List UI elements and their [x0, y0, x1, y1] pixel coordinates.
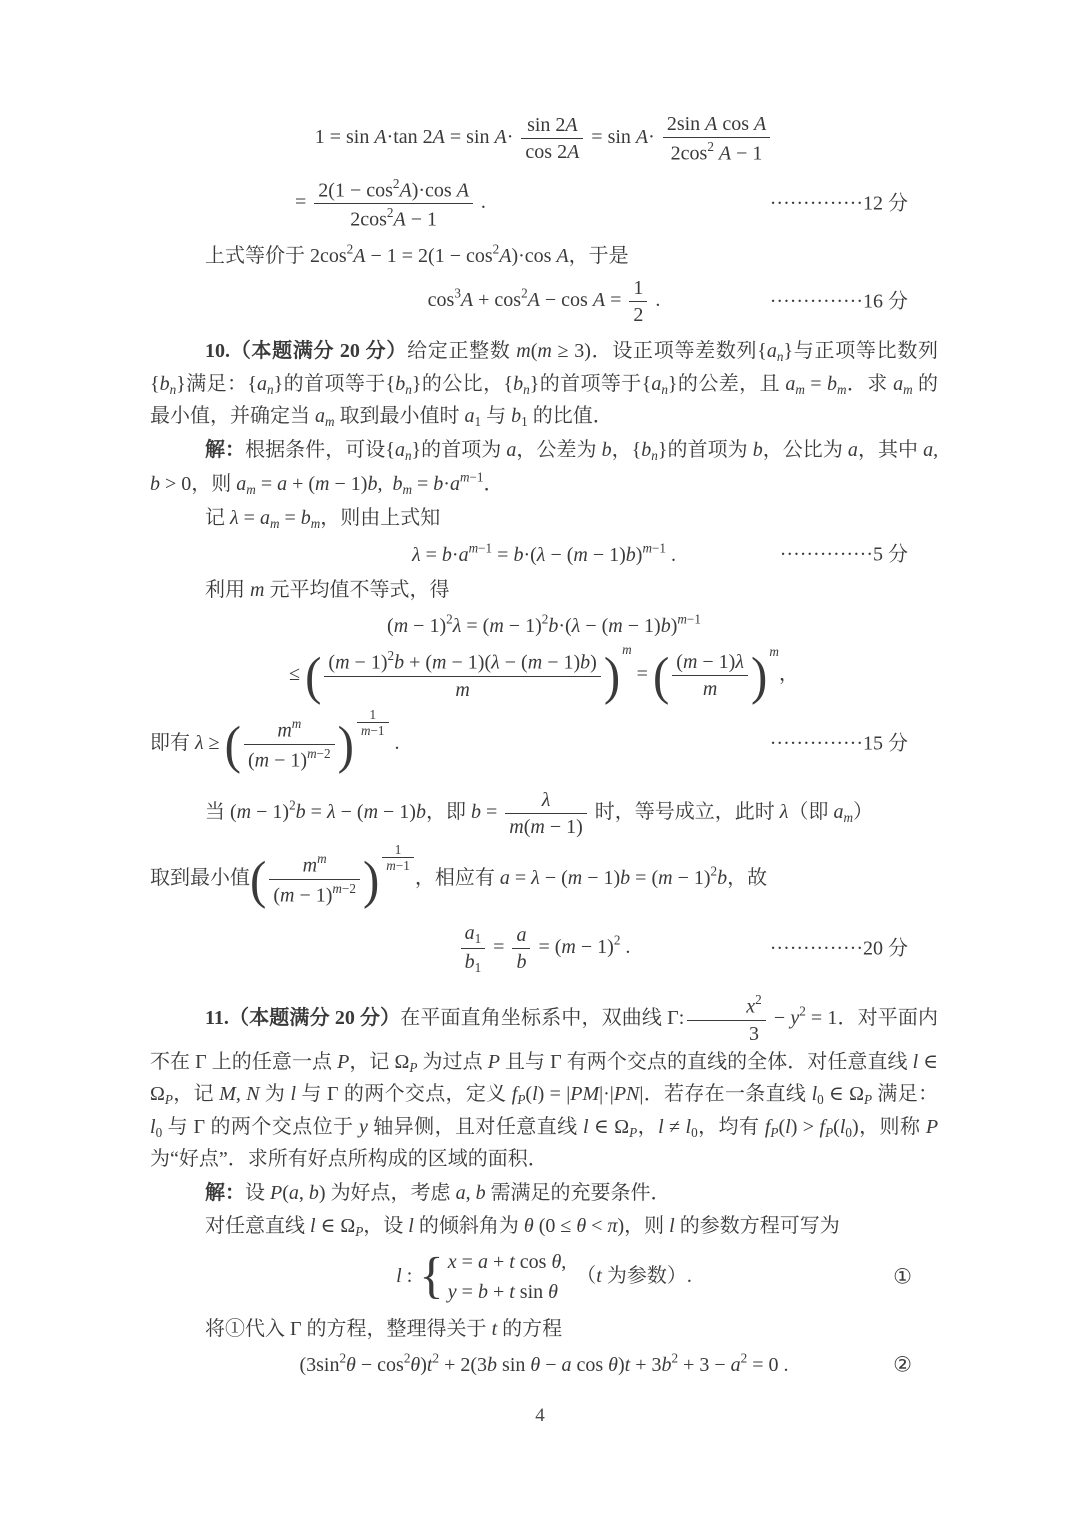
math-run: (3sin: [299, 1354, 339, 1376]
math-run: A − 1: [393, 209, 437, 231]
score-marker: ··············15 分: [770, 729, 908, 760]
solution-10-setup: 解：根据条件，可设{an}的首项为 a，公差为 b，{bn}的首项为 b，公比为…: [150, 434, 938, 500]
left-paren-icon: (: [305, 651, 321, 700]
math-run: 2: [799, 1003, 806, 1018]
denominator: m: [672, 676, 748, 701]
text-run: 的公差，且: [678, 373, 786, 395]
paren-group: (mm(m − 1)m−2)1m−1: [250, 851, 415, 907]
equation-tag: ①: [893, 1261, 912, 1294]
math-run: m: [903, 382, 913, 397]
text-run: ，则: [624, 1215, 669, 1237]
math-run: b: [465, 951, 475, 973]
paren-content: (m − 1)2b + (m − 1)(λ − (m − 1)b)m: [321, 648, 603, 702]
document-content: 1 = sin A·tan 2A = sin A· sin 2Acos 2A =…: [0, 0, 1080, 1381]
right-paren-icon: ): [363, 855, 379, 904]
text-run: 给定正整数: [407, 340, 516, 362]
text-run: ，公比为: [763, 439, 848, 461]
math-run: {a: [642, 373, 662, 395]
fraction: 1m−1: [382, 843, 414, 873]
text-run: 为: [260, 1083, 291, 1105]
math-run: a: [848, 439, 858, 461]
left-paren-icon: (: [250, 855, 266, 904]
math-run: m−1: [386, 858, 410, 873]
math-run: λ = (m − 1): [453, 615, 542, 637]
fraction: x23: [687, 992, 765, 1046]
text-run: 与正项等比数列: [793, 340, 938, 362]
math-run: }: [412, 439, 422, 461]
line-content: 解：根据条件，可设{an}的首项为 a，公差为 b，{bn}的首项为 b，公比为…: [150, 439, 943, 495]
text-run: 需满足的充要条件．: [486, 1182, 671, 1204]
subscript: m: [402, 482, 412, 497]
text-run: 的首项为: [667, 439, 752, 461]
math-run: n: [405, 449, 412, 464]
math-run: 2: [289, 798, 296, 813]
math-run: λ ≥: [195, 732, 225, 754]
page-number: 4: [0, 1405, 1080, 1427]
numerator: a: [512, 923, 530, 949]
text-run: 的方程: [497, 1318, 562, 1340]
math-run: (m − 1): [273, 884, 332, 906]
fraction: ab: [512, 923, 530, 974]
superscript: m−1: [642, 540, 666, 555]
math-run: m: [769, 644, 779, 659]
text-run: ，即: [426, 801, 471, 823]
paren-content: (m − 1)λm: [669, 650, 751, 701]
formula-lambda: λ = b·am−1 = b·(λ − (m − 1)b)m−1 .······…: [150, 538, 938, 571]
math-run: b + (m − 1)(λ − (m − 1)b): [394, 652, 597, 674]
math-run: 3: [454, 286, 461, 301]
numerator: 2(1 − cos2A)·cos A: [314, 176, 473, 205]
math-run: a: [465, 922, 475, 944]
math-run: m−1: [361, 723, 385, 738]
math-run: = 1: [806, 1007, 838, 1029]
text-run: 与 Γ 的两个交点位于: [162, 1116, 359, 1138]
formula-lambda-lower-bound: 即有 λ ≥ (mm(m − 1)m−2)1m−1 .·············…: [150, 716, 938, 772]
superscript: 2: [707, 139, 714, 154]
subscript: m: [837, 382, 847, 397]
math-run: = 0 .: [747, 1354, 788, 1376]
text-run: 的参数方程可写为: [675, 1215, 840, 1237]
text-run: ）: [853, 801, 873, 823]
text-run: 满足：: [872, 1083, 938, 1105]
text-run: 即有: [150, 732, 195, 754]
formula-sinA-tan2A: 1 = sin A·tan 2A = sin A· sin 2Acos 2A =…: [150, 112, 938, 166]
math-run: 2(1 − cos: [318, 179, 393, 201]
fraction: λm(m − 1): [505, 788, 587, 839]
math-run: }: [176, 373, 186, 395]
fraction: (m − 1)λm: [672, 650, 748, 701]
line-content: 记 λ = am = bm，则由上式知: [205, 507, 440, 529]
math-run: P(a, b): [270, 1182, 326, 1204]
fraction: 1m−1: [357, 708, 389, 738]
math-run: =: [488, 936, 509, 958]
math-run: a: [465, 405, 475, 427]
formula-cos-cubic: cos3A + cos2A − cos A = 12 .············…: [150, 276, 938, 327]
text-run: ，则由上式知: [320, 507, 440, 529]
text-run: ，均有: [698, 1116, 765, 1138]
text-run: 记: [205, 507, 230, 529]
text-run: ，故: [727, 867, 767, 889]
text-run: 对任意直线: [205, 1215, 310, 1237]
math-run: m−1: [469, 540, 493, 555]
text-run: （: [576, 1265, 596, 1287]
math-run: a: [315, 405, 325, 427]
math-run: ≤: [289, 663, 305, 685]
subscript: n: [405, 382, 412, 397]
math-run: P: [864, 1093, 872, 1108]
math-run: m−1: [677, 612, 701, 627]
math-run: m: [837, 382, 847, 397]
numerator: (m − 1)2b + (m − 1)(λ − (m − 1)b): [324, 648, 600, 677]
subscript: n: [651, 449, 658, 464]
subscript: 1: [521, 414, 528, 429]
math-run: .: [650, 289, 660, 311]
math-run: {b: [150, 373, 170, 395]
math-run: = (m − 1): [533, 936, 613, 958]
formula-equiv-step: = 2(1 − cos2A)·cos A2cos2A − 1 .········…: [150, 176, 938, 232]
math-run: λ: [542, 789, 551, 811]
line-content: 10.（本题满分 20 分）给定正整数 m(m ≥ 3)．设正项等差数列{an}…: [150, 340, 938, 427]
math-run: (m − 1): [387, 615, 446, 637]
numerator: λ: [505, 788, 587, 814]
denominator: cos 2A: [521, 139, 583, 164]
math-run: P: [488, 1051, 500, 1073]
denominator: b: [512, 949, 530, 974]
minimum-value: 取到最小值(mm(m − 1)m−2)1m−1，相应有 a = λ − (m −…: [150, 851, 938, 907]
line-content: 11.（本题满分 20 分）在平面直角坐标系中，双曲线 Γ:x23 − y2 =…: [150, 1007, 943, 1170]
line-content: 将①代入 Γ 的方程，整理得关于 t 的方程: [205, 1318, 562, 1340]
equation-tag: ②: [893, 1349, 912, 1382]
text-run: 当: [205, 801, 230, 823]
math-run: a: [516, 924, 526, 946]
text-run: 利用: [205, 579, 250, 601]
equality-condition: 当 (m − 1)2b = λ − (m − 1)b，即 b = λm(m − …: [150, 788, 938, 839]
math-run: (m − 1): [248, 749, 307, 771]
parametric-intro: 对任意直线 l ∈ ΩP，设 l 的倾斜角为 θ (0 ≤ θ < π)，则 l…: [150, 1211, 938, 1243]
subscript: n: [267, 382, 274, 397]
math-run: 2: [446, 612, 453, 627]
formula-ratio: a1b1 = ab = (m − 1)2 .··············20 分: [150, 921, 938, 976]
math-run: (l) > f: [778, 1116, 825, 1138]
numerator: sin 2A: [521, 113, 583, 139]
text-run: 取到最小值: [150, 867, 250, 889]
text-run: 的比值．: [528, 405, 613, 427]
text-run: 为好点，考虑: [326, 1182, 456, 1204]
line-content: 1 = sin A·tan 2A = sin A· sin 2Acos 2A =…: [315, 126, 774, 148]
denominator: 2cos2A − 1: [314, 204, 473, 232]
math-run: 0: [691, 1125, 698, 1140]
math-run: {a: [757, 340, 777, 362]
math-run: cos: [428, 289, 455, 311]
bold-text: 11.（本题满分 20 分）: [205, 1007, 400, 1029]
numerator: (m − 1)λ: [672, 650, 748, 676]
math-run: {b: [386, 373, 406, 395]
denominator: m(m − 1): [505, 814, 587, 839]
math-run: m: [402, 482, 412, 497]
math-run: b = λ − (m − 1)b: [296, 801, 426, 823]
math-run: x: [746, 996, 755, 1018]
subscript: m: [325, 414, 335, 429]
denominator: m−1: [357, 723, 389, 738]
paren-content: mm(m − 1)m−2: [241, 716, 338, 772]
text-run: ，记: [173, 1083, 219, 1105]
left-paren-icon: (: [653, 651, 669, 700]
math-run: 1: [475, 932, 482, 947]
cases-row: y = b + t sin θ: [448, 1279, 558, 1306]
text-run: ，则: [191, 473, 236, 495]
text-equivalent: 上式等价于 2cos2A − 1 = 2(1 − cos2A)·cos A，于是: [150, 240, 938, 273]
math-run: m: [246, 482, 256, 497]
subscript: P: [165, 1093, 173, 1108]
math-run: 1: [475, 961, 482, 976]
superscript: 2: [446, 612, 453, 627]
math-run: m: [311, 516, 321, 531]
math-run: P: [337, 1051, 349, 1073]
math-run: 2: [633, 304, 643, 326]
text-run: ，相应有: [415, 867, 500, 889]
math-run: a: [893, 373, 903, 395]
math-run: ): [852, 1116, 859, 1138]
math-run: b =: [471, 801, 502, 823]
superscript: m−1: [460, 470, 484, 485]
math-run: a: [785, 373, 795, 395]
bold-text: 解：: [205, 1182, 245, 1204]
lambda-definition: 记 λ = am = bm，则由上式知: [150, 503, 938, 535]
math-run: }: [274, 373, 284, 395]
subscript: 1: [475, 932, 482, 947]
text-run: 满足：: [186, 373, 248, 395]
line-content: 即有 λ ≥ (mm(m − 1)m−2)1m−1 .: [150, 732, 400, 754]
math-run: }: [668, 373, 678, 395]
math-run: P: [825, 1125, 833, 1140]
math-run: m: [317, 851, 327, 866]
math-run: a: [506, 439, 516, 461]
text-run: 轴异侧，且对任意直线: [368, 1116, 583, 1138]
math-run: m: [303, 855, 317, 877]
score-marker: ··············5 分: [780, 539, 908, 570]
line-content: 解：设 P(a, b) 为好点，考虑 a, b 需满足的充要条件．: [205, 1182, 671, 1204]
denominator: (m − 1)m−2: [269, 880, 360, 908]
math-run: A − 1 = 2(1 − cos: [353, 245, 492, 267]
math-run: ∈ Ω: [824, 1083, 864, 1105]
text-run: ，: [779, 663, 799, 685]
text-run: 的公比，: [421, 373, 503, 395]
fraction: sin 2Acos 2A: [521, 113, 583, 164]
math-run: m: [455, 679, 469, 701]
math-run: m(m − 1): [509, 816, 583, 838]
math-run: n: [651, 449, 658, 464]
math-run: A)·cos A: [499, 245, 568, 267]
math-run: m: [277, 720, 291, 742]
math-run: 0: [817, 1093, 824, 1108]
math-run: {a: [247, 373, 267, 395]
math-run: θ − cos: [346, 1354, 404, 1376]
paren-group: ((m − 1)2b + (m − 1)(λ − (m − 1)b)m)m: [305, 648, 632, 702]
right-paren-icon: ): [751, 651, 767, 700]
math-run: 0: [845, 1125, 852, 1140]
text-run: 为参数）.: [602, 1265, 692, 1287]
math-run: 1: [521, 414, 528, 429]
superscript: 2: [799, 1003, 806, 1018]
line-content: 当 (m − 1)2b = λ − (m − 1)b，即 b = λm(m − …: [205, 801, 873, 823]
text-run: ．若存在一条直线: [643, 1083, 811, 1105]
math-run: m: [703, 678, 717, 700]
paren-exponent: m: [622, 640, 632, 660]
fraction: a1b1: [461, 921, 486, 976]
text-run: 且与 Γ 有两个交点的直线的全体．对任意直线: [500, 1051, 913, 1073]
superscript: m−2: [307, 746, 331, 761]
quadratic-in-t: (3sin2θ − cos2θ)t2 + 2(3b sin θ − a cos …: [150, 1349, 938, 1382]
superscript: m−1: [677, 612, 701, 627]
text-run: ．: [484, 473, 504, 495]
math-run: 3: [749, 1023, 759, 1045]
math-run: A − 1: [714, 143, 763, 165]
math-run: n: [523, 382, 530, 397]
text-run: ，设: [363, 1215, 408, 1237]
math-run: λ = a: [230, 507, 270, 529]
bold-text: 解：: [205, 439, 245, 461]
math-run: m−2: [307, 746, 331, 761]
problem-10: 10.（本题满分 20 分）给定正整数 m(m ≥ 3)．设正项等差数列{an}…: [150, 335, 938, 432]
fraction: (m − 1)2b + (m − 1)(λ − (m − 1)b)m: [324, 648, 600, 702]
math-run: }: [530, 373, 540, 395]
math-run: 1: [369, 707, 376, 722]
score-marker: ··············20 分: [770, 933, 908, 964]
numerator: mm: [244, 716, 335, 745]
subscript: 0: [817, 1093, 824, 1108]
math-run: =: [295, 191, 311, 213]
math-run: + 3 − a: [678, 1354, 741, 1376]
math-run: 2cos: [671, 143, 708, 165]
math-run: b: [602, 439, 612, 461]
math-run: − y: [769, 1007, 799, 1029]
fraction: 2(1 − cos2A)·cos A2cos2A − 1: [314, 176, 473, 232]
superscript: 2: [521, 286, 528, 301]
subscript: m: [903, 382, 913, 397]
denominator: m−1: [382, 858, 414, 873]
math-run: = b: [805, 373, 837, 395]
cases-rows: x = a + t cos θ,y = b + t sin θ: [448, 1249, 567, 1306]
text-run: ，记: [349, 1051, 394, 1073]
line-content: (3sin2θ − cos2θ)t2 + 2(3b sin θ − a cos …: [299, 1354, 788, 1376]
text-run: ，则称: [859, 1116, 926, 1138]
brace-icon: {: [419, 1254, 443, 1300]
line-content: (m − 1)2λ = (m − 1)2b·(λ − (m − 1)b)m−1: [387, 615, 701, 637]
math-run: (m − 1)λ: [676, 651, 744, 673]
fraction: mm(m − 1)m−2: [269, 851, 360, 907]
math-run: b: [753, 439, 763, 461]
math-run: 1: [395, 842, 402, 857]
text-run: ，: [612, 439, 632, 461]
math-run: a: [833, 801, 843, 823]
numerator: x2: [687, 992, 765, 1021]
score-marker: ··············16 分: [770, 286, 908, 317]
right-paren-icon: ): [604, 651, 620, 700]
math-run: A)·cos A: [399, 179, 468, 201]
text-run: 取到最小值时: [335, 405, 465, 427]
math-run: + 2(3b sin θ − a cos θ)t + 3b: [439, 1354, 671, 1376]
cases-group: {x = a + t cos θ,y = b + t sin θ: [419, 1249, 566, 1306]
math-run: sin 2A: [527, 114, 578, 136]
math-run: 2: [755, 992, 762, 1007]
superscript: 3: [454, 286, 461, 301]
math-run: 1 = sin A·tan 2A = sin A·: [315, 126, 519, 148]
numerator: 1: [382, 843, 414, 858]
denominator: 2cos2 A − 1: [663, 138, 770, 166]
math-run: x = a + t cos θ,: [448, 1251, 567, 1273]
text-run: 在平面直角坐标系中，双曲线 Γ:: [400, 1007, 684, 1029]
math-run: P: [165, 1093, 173, 1108]
text-run: ，: [637, 1116, 658, 1138]
text-run: 时，等号成立，此时: [590, 801, 780, 823]
denominator: 3: [687, 1021, 765, 1046]
math-run: 2cos: [310, 245, 347, 267]
line-content: l : {x = a + t cos θ,y = b + t sin θ（t 为…: [396, 1265, 692, 1287]
cases-row: x = a + t cos θ,: [448, 1249, 567, 1276]
paren-group: ((m − 1)λm)m: [653, 650, 779, 701]
math-run: = sin A·: [586, 126, 660, 148]
formula-amgm-bound: ≤ ((m − 1)2b + (m − 1)(λ − (m − 1)b)m)m …: [150, 648, 938, 702]
subscript: 1: [475, 961, 482, 976]
numerator: mm: [269, 851, 360, 880]
right-paren-icon: ): [338, 720, 354, 769]
text-run: 设: [245, 1182, 270, 1204]
superscript: m: [292, 716, 302, 731]
math-run: P: [629, 1125, 637, 1140]
math-run: A − cos A =: [528, 289, 627, 311]
numerator: 1: [629, 276, 647, 302]
math-run: A + cos: [461, 289, 521, 311]
line-content: 取到最小值(mm(m − 1)m−2)1m−1，相应有 a = λ − (m −…: [150, 867, 767, 889]
substitute-intro: 将①代入 Γ 的方程，整理得关于 t 的方程: [150, 1314, 938, 1345]
parametric-equations: l : {x = a + t cos θ,y = b + t sin θ（t 为…: [150, 1249, 938, 1306]
line-content: a1b1 = ab = (m − 1)2 .: [458, 936, 631, 958]
text-run: 的首项等于: [283, 373, 385, 395]
math-run: = b: [279, 507, 310, 529]
math-run: l :: [396, 1265, 417, 1287]
subscript: m: [795, 382, 805, 397]
numerator: 2sin A cos A: [663, 112, 770, 138]
math-run: 2sin A cos A: [667, 113, 766, 135]
subscript: P: [825, 1125, 833, 1140]
line-content: λ = b·am−1 = b·(λ − (m − 1)b)m−1 .: [412, 544, 676, 566]
subscript: m: [311, 516, 321, 531]
math-run: = b·a: [412, 473, 460, 495]
subscript: n: [661, 382, 668, 397]
superscript: 2: [289, 798, 296, 813]
text-run: ．求: [847, 373, 894, 395]
math-run: 2: [521, 286, 528, 301]
line-content: 利用 m 元平均值不等式，得: [205, 579, 449, 601]
text-run: ．设正项等差数列: [591, 340, 757, 362]
paren-exponent: 1m−1: [381, 843, 415, 873]
math-run: m−2: [332, 881, 356, 896]
math-run: a = λ − (m − 1)b = (m − 1): [500, 867, 711, 889]
numerator: a1: [461, 921, 486, 949]
text-run: 将①代入 Γ 的方程，整理得关于: [205, 1318, 492, 1340]
math-run: .: [620, 936, 630, 958]
subscript: n: [405, 449, 412, 464]
text-run: 与: [481, 405, 511, 427]
math-run: m(m ≥ 3): [516, 340, 591, 362]
text-run: ，于是: [569, 245, 629, 267]
problem-11: 11.（本题满分 20 分）在平面直角坐标系中，双曲线 Γ:x23 − y2 =…: [150, 992, 938, 1175]
math-run: b: [516, 951, 526, 973]
score-marker: ··············12 分: [770, 188, 908, 219]
math-run: y = b + t sin θ: [448, 1281, 558, 1303]
text-run: 元平均值不等式，得: [264, 579, 449, 601]
superscript: m−2: [332, 881, 356, 896]
